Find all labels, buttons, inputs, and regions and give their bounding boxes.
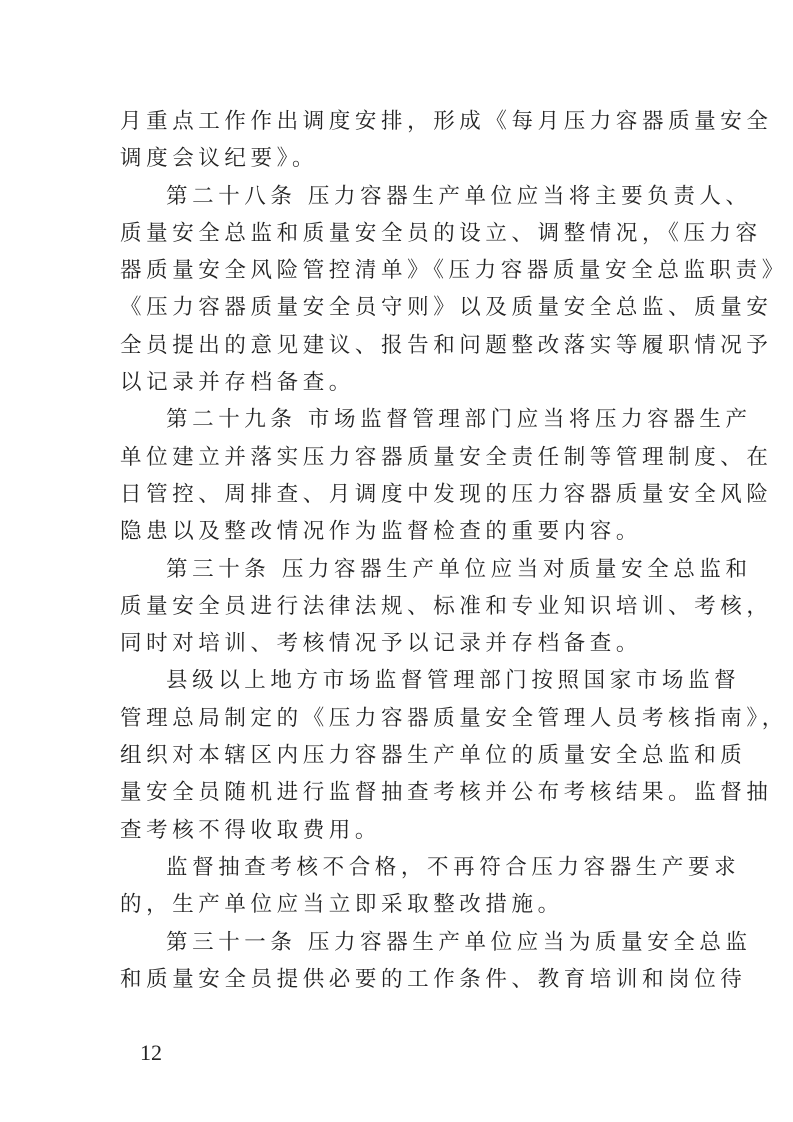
article-31-heading-line: 第三十一条 压力容器生产单位应当为质量安全总监 <box>120 924 676 961</box>
text-line: 和质量安全员提供必要的工作条件、教育培训和岗位待 <box>120 961 676 998</box>
paragraph-start-line: 县级以上地方市场监督管理部门按照国家市场监督 <box>120 662 676 699</box>
page-number: 12 <box>140 1040 162 1066</box>
text-line: 器质量安全风险管控清单》《压力容器质量安全总监职责》 <box>120 252 676 289</box>
article-29-heading-line: 第二十九条 市场监督管理部门应当将压力容器生产 <box>120 401 676 438</box>
text-line: 月重点工作作出调度安排，形成《每月压力容器质量安全 <box>120 103 676 140</box>
document-page: 月重点工作作出调度安排，形成《每月压力容器质量安全 调度会议纪要》。 第二十八条… <box>0 0 793 1122</box>
article-28-heading-line: 第二十八条 压力容器生产单位应当将主要负责人、 <box>120 178 676 215</box>
text-line: 全员提出的意见建议、报告和问题整改落实等履职情况予 <box>120 327 676 364</box>
text-line: 质量安全员进行法律法规、标准和专业知识培训、考核， <box>120 588 676 625</box>
text-line: 查考核不得收取费用。 <box>120 812 676 849</box>
text-line: 日管控、周排查、月调度中发现的压力容器质量安全风险 <box>120 476 676 513</box>
text-line: 管理总局制定的《压力容器质量安全管理人员考核指南》， <box>120 700 676 737</box>
paragraph-start-line: 监督抽查考核不合格，不再符合压力容器生产要求 <box>120 849 676 886</box>
text-line: 同时对培训、考核情况予以记录并存档备查。 <box>120 625 676 662</box>
text-line: 量安全员随机进行监督抽查考核并公布考核结果。监督抽 <box>120 774 676 811</box>
text-line: 调度会议纪要》。 <box>120 140 676 177</box>
text-line: 《压力容器质量安全员守则》以及质量安全总监、质量安 <box>120 289 676 326</box>
text-line: 组织对本辖区内压力容器生产单位的质量安全总监和质 <box>120 737 676 774</box>
body-text: 月重点工作作出调度安排，形成《每月压力容器质量安全 调度会议纪要》。 第二十八条… <box>120 103 676 998</box>
text-line: 隐患以及整改情况作为监督检查的重要内容。 <box>120 513 676 550</box>
text-line: 以记录并存档备查。 <box>120 364 676 401</box>
text-line: 单位建立并落实压力容器质量安全责任制等管理制度、在 <box>120 439 676 476</box>
article-30-heading-line: 第三十条 压力容器生产单位应当对质量安全总监和 <box>120 551 676 588</box>
text-line: 质量安全总监和质量安全员的设立、调整情况，《压力容 <box>120 215 676 252</box>
text-line: 的，生产单位应当立即采取整改措施。 <box>120 886 676 923</box>
